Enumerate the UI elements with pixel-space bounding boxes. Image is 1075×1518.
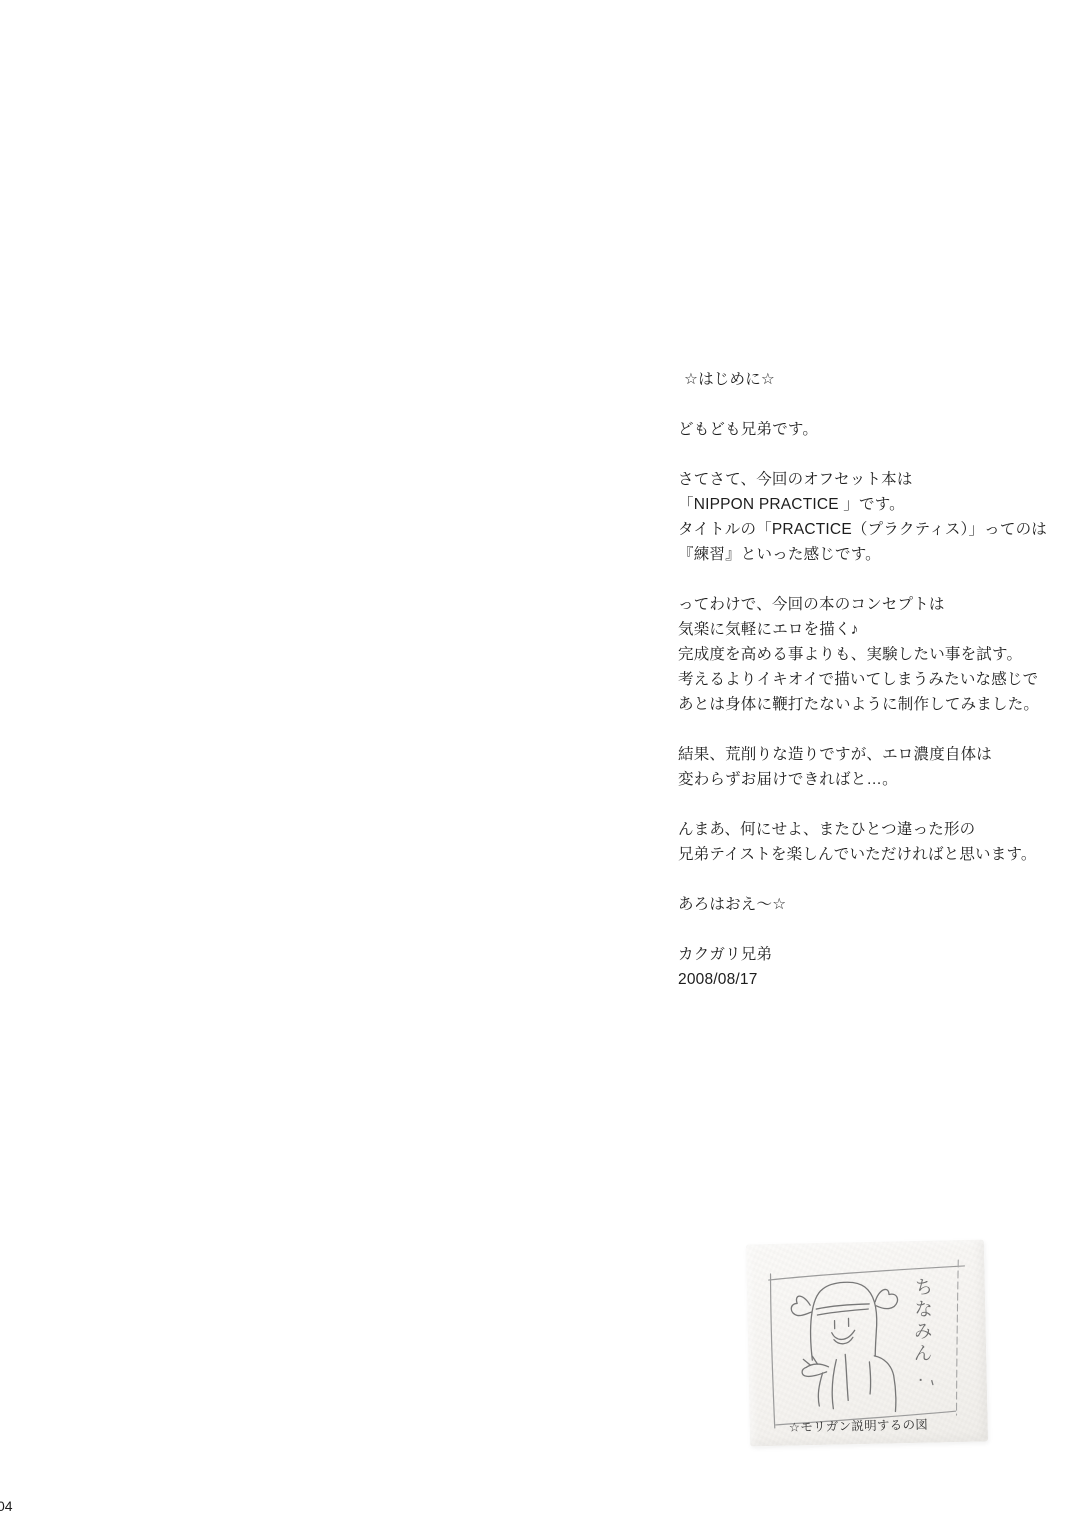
paragraph: んまあ、何にせよ、またひとつ違った形の 兄弟テイストを楽しんでいただければと思い… xyxy=(678,817,1048,867)
text-line: んまあ、何にせよ、またひとつ違った形の xyxy=(678,817,1048,842)
text-line: 変わらずお届けできればと…。 xyxy=(678,767,1048,792)
text-line: 結果、荒削りな造りですが、エロ濃度自体は xyxy=(678,742,1048,767)
text-line: 気楽に気軽にエロを描く♪ xyxy=(678,617,1048,642)
paragraph: ってわけで、今回の本のコンセプトは 気楽に気軽にエロを描く♪ 完成度を高める事よ… xyxy=(678,592,1048,717)
foreword-heading: ☆はじめに☆ xyxy=(678,367,1048,392)
sketch-paper: ちなみん. ☆モリガン説明するの図 xyxy=(746,1240,988,1447)
closing-greeting-para: あろはおえ～☆ xyxy=(678,892,1048,917)
text-line: 「NIPPON PRACTICE 」です。 xyxy=(678,492,1048,517)
foreword-heading-para: ☆はじめに☆ xyxy=(678,367,1048,392)
text-line: 考えるよりイキオイで描いてしまうみたいな感じで xyxy=(678,667,1048,692)
sketch-handwriting: ちなみん. xyxy=(907,1277,936,1392)
document-page: ☆はじめに☆ どもども兄弟です。 さてさて、今回のオフセット本は 「NIPPON… xyxy=(0,0,1075,1518)
text-line: ってわけで、今回の本のコンセプトは xyxy=(678,592,1048,617)
date: 2008/08/17 xyxy=(678,967,1048,992)
text-line: あろはおえ～☆ xyxy=(678,892,1048,917)
text-line: 完成度を高める事よりも、実験したい事を試す。 xyxy=(678,642,1048,667)
paragraph: さてさて、今回のオフセット本は 「NIPPON PRACTICE 」です。 タイ… xyxy=(678,467,1048,567)
text-line: あとは身体に鞭打たないように制作してみました。 xyxy=(678,692,1048,717)
text-line: 兄弟テイストを楽しんでいただければと思います。 xyxy=(678,842,1048,867)
paragraph: 結果、荒削りな造りですが、エロ濃度自体は 変わらずお届けできればと…。 xyxy=(678,742,1048,792)
page-number: 04 xyxy=(0,1497,13,1515)
text-line: 『練習』といった感じです。 xyxy=(678,542,1048,567)
text-line: どもども兄弟です。 xyxy=(678,417,1048,442)
sketch-caption: ☆モリガン説明するの図 xyxy=(789,1415,929,1436)
text-line: さてさて、今回のオフセット本は xyxy=(678,467,1048,492)
author-name: カクガリ兄弟 xyxy=(678,942,1048,967)
paragraph: どもども兄弟です。 xyxy=(678,417,1048,442)
text-line: タイトルの「PRACTICE（プラクティス）」ってのは xyxy=(678,517,1048,542)
signature-para: カクガリ兄弟 2008/08/17 xyxy=(678,942,1048,992)
foreword-text-block: ☆はじめに☆ どもども兄弟です。 さてさて、今回のオフセット本は 「NIPPON… xyxy=(678,367,1048,992)
